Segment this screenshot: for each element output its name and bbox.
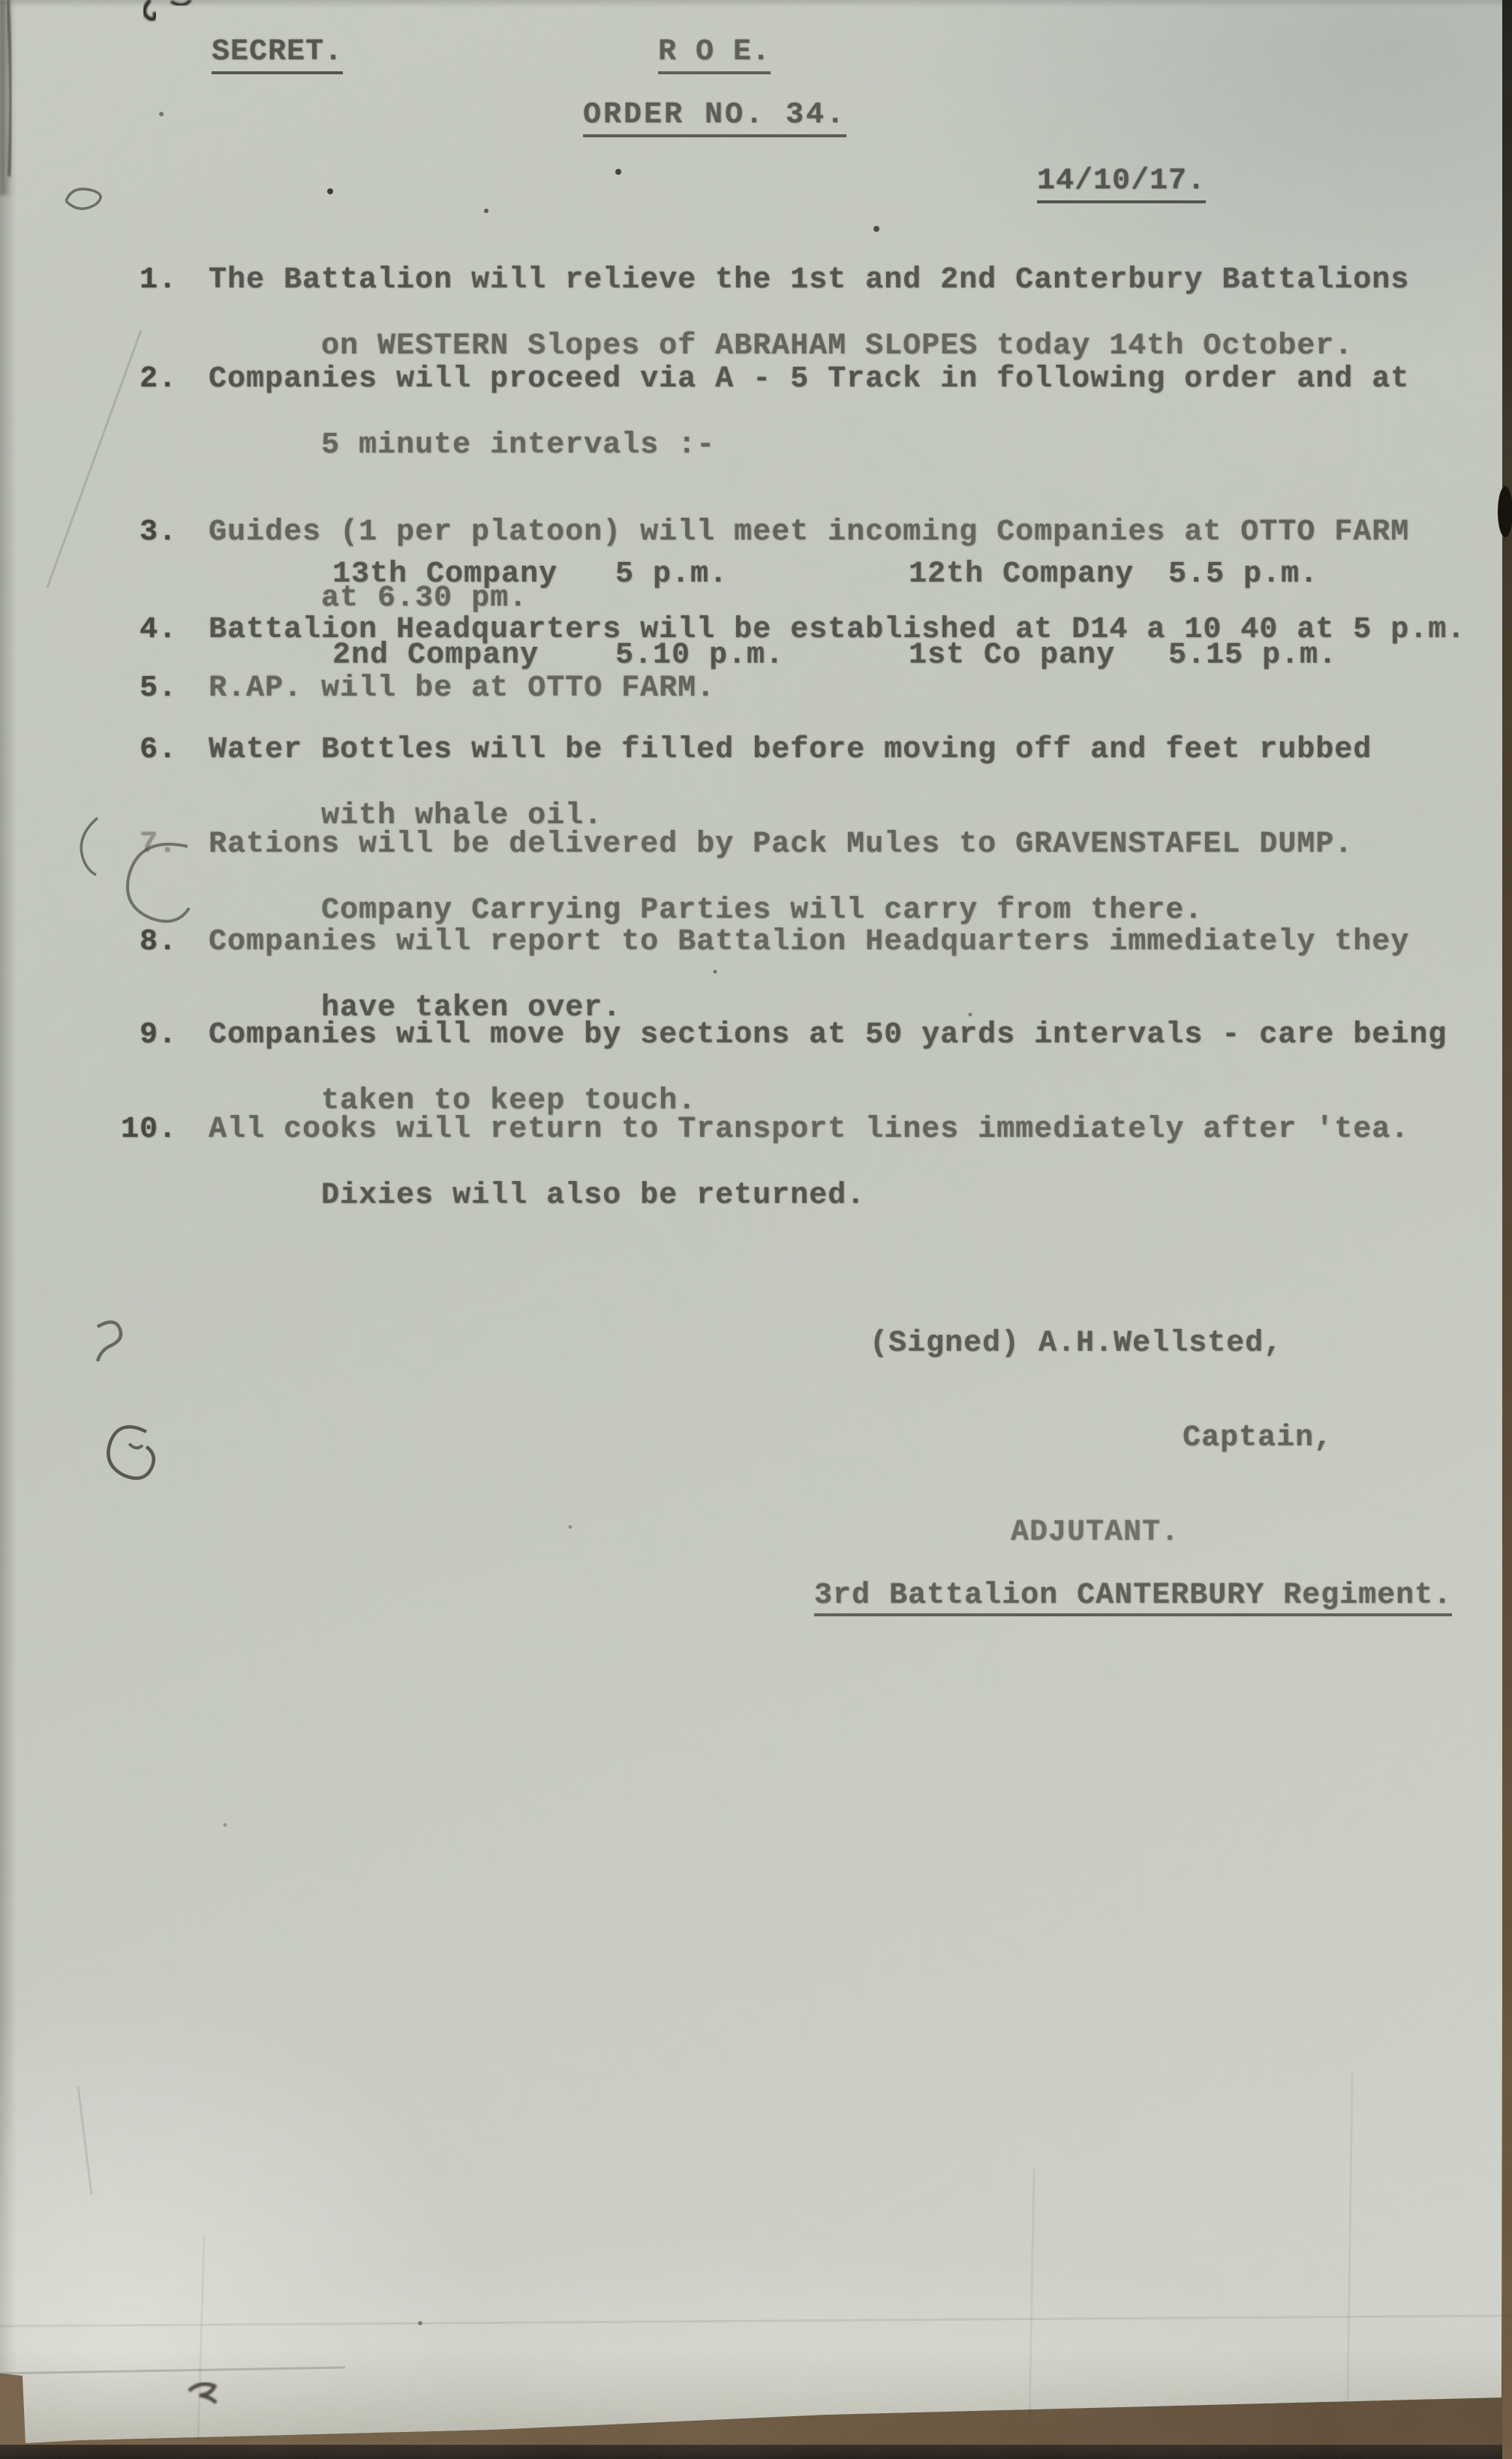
order-line: on WESTERN Slopes of ABRAHAM SLOPES toda… bbox=[321, 329, 1353, 363]
order-item-6: 6. Water Bottles will be filled before m… bbox=[120, 734, 1372, 833]
item-text: Rations will be delivered by Pack Mules … bbox=[209, 828, 1353, 927]
order-line: 5 minute intervals :- bbox=[321, 428, 715, 462]
order-line: The Battalion will relieve the 1st and 2… bbox=[209, 263, 1409, 297]
order-item-1: 1. The Battalion will relieve the 1st an… bbox=[120, 264, 1409, 363]
unit-heading: R O E. bbox=[658, 36, 771, 74]
signature-unit: 3rd Battalion CANTERBURY Regiment. bbox=[814, 1580, 1452, 1616]
order-item-9: 9. Companies will move by sections at 50… bbox=[120, 1019, 1447, 1118]
order-date: 14/10/17. bbox=[1037, 165, 1206, 203]
item-text: Guides (1 per platoon) will meet incomin… bbox=[209, 516, 1409, 615]
item-text: Battalion Headquarters will be establish… bbox=[209, 614, 1465, 647]
order-line: Companies will report to Battalion Headq… bbox=[209, 925, 1409, 959]
item-number: 9. bbox=[120, 1019, 177, 1118]
order-item-10: 10. All cooks will return to Transport l… bbox=[120, 1114, 1409, 1213]
signature-rank: Captain, bbox=[1183, 1423, 1452, 1454]
signature-name: (Signed) A.H.Wellsted, bbox=[870, 1328, 1452, 1360]
order-line: All cooks will return to Transport lines… bbox=[209, 1113, 1409, 1147]
item-number: 4. bbox=[120, 614, 177, 647]
table-edge bbox=[0, 2445, 1512, 2459]
item-number: 10. bbox=[120, 1114, 177, 1213]
item-number: 3. bbox=[120, 516, 177, 615]
order-line: Battalion Headquarters will be establish… bbox=[209, 613, 1465, 647]
order-line: Guides (1 per platoon) will meet incomin… bbox=[209, 516, 1409, 549]
item-text: R.AP. will be at OTTO FARM. bbox=[209, 672, 715, 705]
item-text: All cooks will return to Transport lines… bbox=[209, 1114, 1409, 1213]
paper-sheet: SECRET. R O E. ORDER NO. 34. 14/10/17. 1… bbox=[0, 0, 1512, 2459]
order-number-title: ORDER NO. 34. bbox=[583, 99, 846, 137]
paper-edge-shadow bbox=[0, 0, 12, 195]
order-line: Company Carrying Parties will carry from… bbox=[321, 894, 1203, 927]
item-text: The Battalion will relieve the 1st and 2… bbox=[209, 264, 1409, 363]
signature-block: (Signed) A.H.Wellsted, Captain, ADJUTANT… bbox=[702, 1265, 1452, 1648]
order-item-8: 8. Companies will report to Battalion He… bbox=[120, 926, 1409, 1025]
item-number: 8. bbox=[120, 926, 177, 1025]
item-text: Water Bottles will be filled before movi… bbox=[209, 734, 1372, 833]
item-number: 6. bbox=[120, 734, 177, 833]
order-item-3: 3. Guides (1 per platoon) will meet inco… bbox=[120, 516, 1409, 615]
order-item-5: 5. R.AP. will be at OTTO FARM. bbox=[120, 672, 715, 705]
item-number: 7. bbox=[120, 828, 177, 927]
order-line: at 6.30 pm. bbox=[321, 582, 528, 615]
item-text: Companies will report to Battalion Headq… bbox=[209, 926, 1409, 1025]
order-line: Water Bottles will be filled before movi… bbox=[209, 733, 1372, 767]
order-line: Companies will proceed via A - 5 Track i… bbox=[209, 362, 1409, 396]
order-item-4: 4. Battalion Headquarters will be establ… bbox=[120, 614, 1465, 647]
order-item-7: 7. Rations will be delivered by Pack Mul… bbox=[120, 828, 1353, 927]
item-text: Companies will move by sections at 50 ya… bbox=[209, 1019, 1447, 1118]
item-number: 1. bbox=[120, 264, 177, 363]
item-number: 5. bbox=[120, 672, 177, 705]
scanned-order-page: SECRET. R O E. ORDER NO. 34. 14/10/17. 1… bbox=[0, 0, 1512, 2459]
order-line: Dixies will also be returned. bbox=[321, 1179, 865, 1213]
classification-label: SECRET. bbox=[212, 36, 343, 74]
order-line: Rations will be delivered by Pack Mules … bbox=[209, 828, 1353, 861]
signature-role: ADJUTANT. bbox=[1011, 1517, 1452, 1549]
order-line: R.AP. will be at OTTO FARM. bbox=[209, 672, 715, 705]
paper-right-edge bbox=[1502, 0, 1512, 2459]
order-line: Companies will move by sections at 50 ya… bbox=[209, 1018, 1447, 1052]
